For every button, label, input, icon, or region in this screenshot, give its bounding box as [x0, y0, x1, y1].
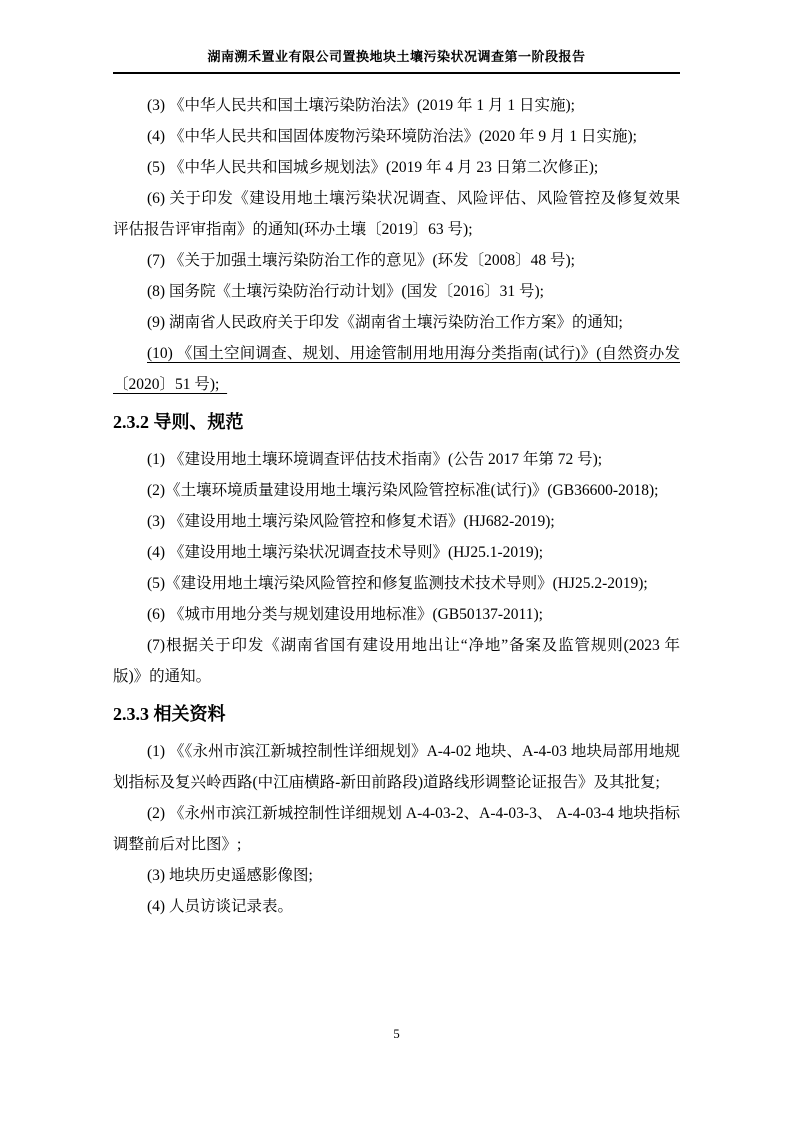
list-item: (2) 《永州市滨江新城控制性详细规划 A-4-03-2、A-4-03-3、 A…: [113, 798, 680, 860]
list-item: (5)《建设用地土壤污染风险管控和修复监测技术技术导则》(HJ25.2-2019…: [113, 568, 680, 599]
list-item: (5) 《中华人民共和国城乡规划法》(2019 年 4 月 23 日第二次修正)…: [113, 152, 680, 183]
list-item: (1) 《《永州市滨江新城控制性详细规划》A-4-02 地块、A-4-03 地块…: [113, 736, 680, 798]
section-heading-2-3-2: 2.3.2 导则、规范: [113, 404, 680, 440]
list-item: (8) 国务院《土壤污染防治行动计划》(国发〔2016〕31 号);: [113, 276, 680, 307]
list-item: (1) 《建设用地土壤环境调查评估技术指南》(公告 2017 年第 72 号);: [113, 444, 680, 475]
list-item-underlined: (10) 《国土空间调查、规划、用途管制用地用海分类指南(试行)》(自然资办发〔…: [113, 338, 680, 400]
list-item: (3) 《中华人民共和国土壤污染防治法》(2019 年 1 月 1 日实施);: [113, 90, 680, 121]
list-item: (3) 《建设用地土壤污染风险管控和修复术语》(HJ682-2019);: [113, 506, 680, 537]
list-item: (9) 湖南省人民政府关于印发《湖南省土壤污染防治工作方案》的通知;: [113, 307, 680, 338]
list-item: (7) 《关于加强土壤污染防治工作的意见》(环发〔2008〕48 号);: [113, 245, 680, 276]
list-item: (4) 人员访谈记录表。: [113, 891, 680, 922]
list-item: (3) 地块历史遥感影像图;: [113, 860, 680, 891]
document-body: (3) 《中华人民共和国土壤污染防治法》(2019 年 1 月 1 日实施); …: [113, 90, 680, 922]
list-item: (4) 《建设用地土壤污染状况调查技术导则》(HJ25.1-2019);: [113, 537, 680, 568]
document-page: 湖南溯禾置业有限公司置换地块土壤污染状况调查第一阶段报告 (3) 《中华人民共和…: [0, 0, 793, 1122]
list-item: (4) 《中华人民共和国固体废物污染环境防治法》(2020 年 9 月 1 日实…: [113, 121, 680, 152]
page-header-title: 湖南溯禾置业有限公司置换地块土壤污染状况调查第一阶段报告: [113, 46, 680, 74]
list-item: (2)《土壤环境质量建设用地土壤污染风险管控标准(试行)》(GB36600-20…: [113, 475, 680, 506]
section-heading-2-3-3: 2.3.3 相关资料: [113, 696, 680, 732]
list-item: (7)根据关于印发《湖南省国有建设用地出让“净地”备案及监管规则(2023 年版…: [113, 630, 680, 692]
list-item: (6) 《城市用地分类与规划建设用地标准》(GB50137-2011);: [113, 599, 680, 630]
list-item: (6) 关于印发《建设用地土壤污染状况调查、风险评估、风险管控及修复效果评估报告…: [113, 183, 680, 245]
page-number: 5: [0, 1026, 793, 1042]
